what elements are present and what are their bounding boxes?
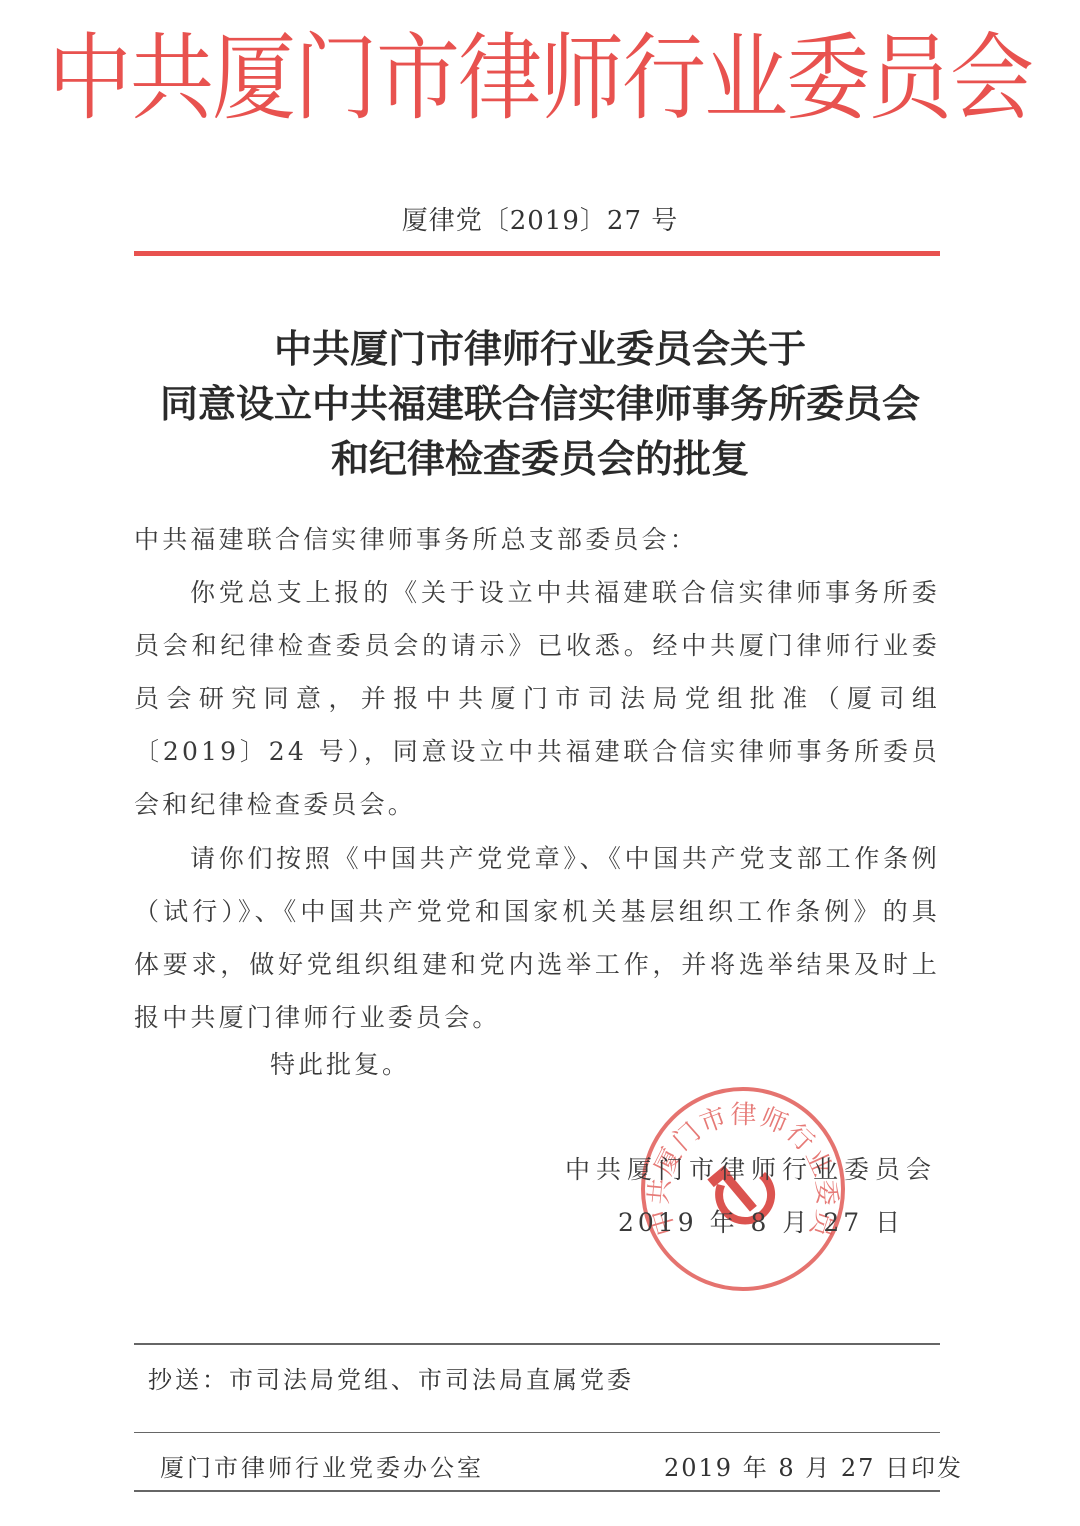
document-title: 中共厦门市律师行业委员会关于 同意设立中共福建联合信实律师事务所委员会 和纪律检…: [0, 322, 1080, 487]
issue-date: 2019 年 8 月 27 日: [618, 1203, 904, 1239]
title-line-3: 和纪律检查委员会的批复: [0, 432, 1080, 487]
red-divider: [134, 251, 940, 256]
title-line-2: 同意设立中共福建联合信实律师事务所委员会: [0, 377, 1080, 432]
addressee: 中共福建联合信实律师事务所总支部委员会：: [134, 513, 940, 566]
closing-text: 特此批复。: [270, 1045, 410, 1081]
printed-date: 2019 年 8 月 27 日印发: [664, 1448, 963, 1483]
issuing-office: 厦门市律师行业党委办公室: [160, 1448, 484, 1483]
masthead-title: 中共厦门市律师行业委员会: [0, 22, 1080, 134]
body-paragraph-1: 你党总支上报的《关于设立中共福建联合信实律师事务所委员会和纪律检查委员会的请示》…: [134, 566, 940, 831]
body-paragraph-2: 请你们按照《中国共产党党章》、《中国共产党支部工作条例（试行）》、《中国共产党党…: [134, 832, 940, 1044]
issuer-name: 中共厦门市律师行业委员会: [565, 1150, 937, 1186]
footer-divider-middle: [134, 1432, 940, 1433]
document-number: 厦律党〔2019〕27 号: [0, 200, 1080, 237]
footer-divider-bottom: [134, 1490, 940, 1492]
title-line-1: 中共厦门市律师行业委员会关于: [0, 322, 1080, 377]
official-seal-icon: 中共厦门市律师行业委员会: [636, 1082, 850, 1296]
cc-recipients: 抄送：市司法局党组、市司法局直属党委: [148, 1360, 634, 1395]
footer-divider-top: [134, 1343, 940, 1345]
